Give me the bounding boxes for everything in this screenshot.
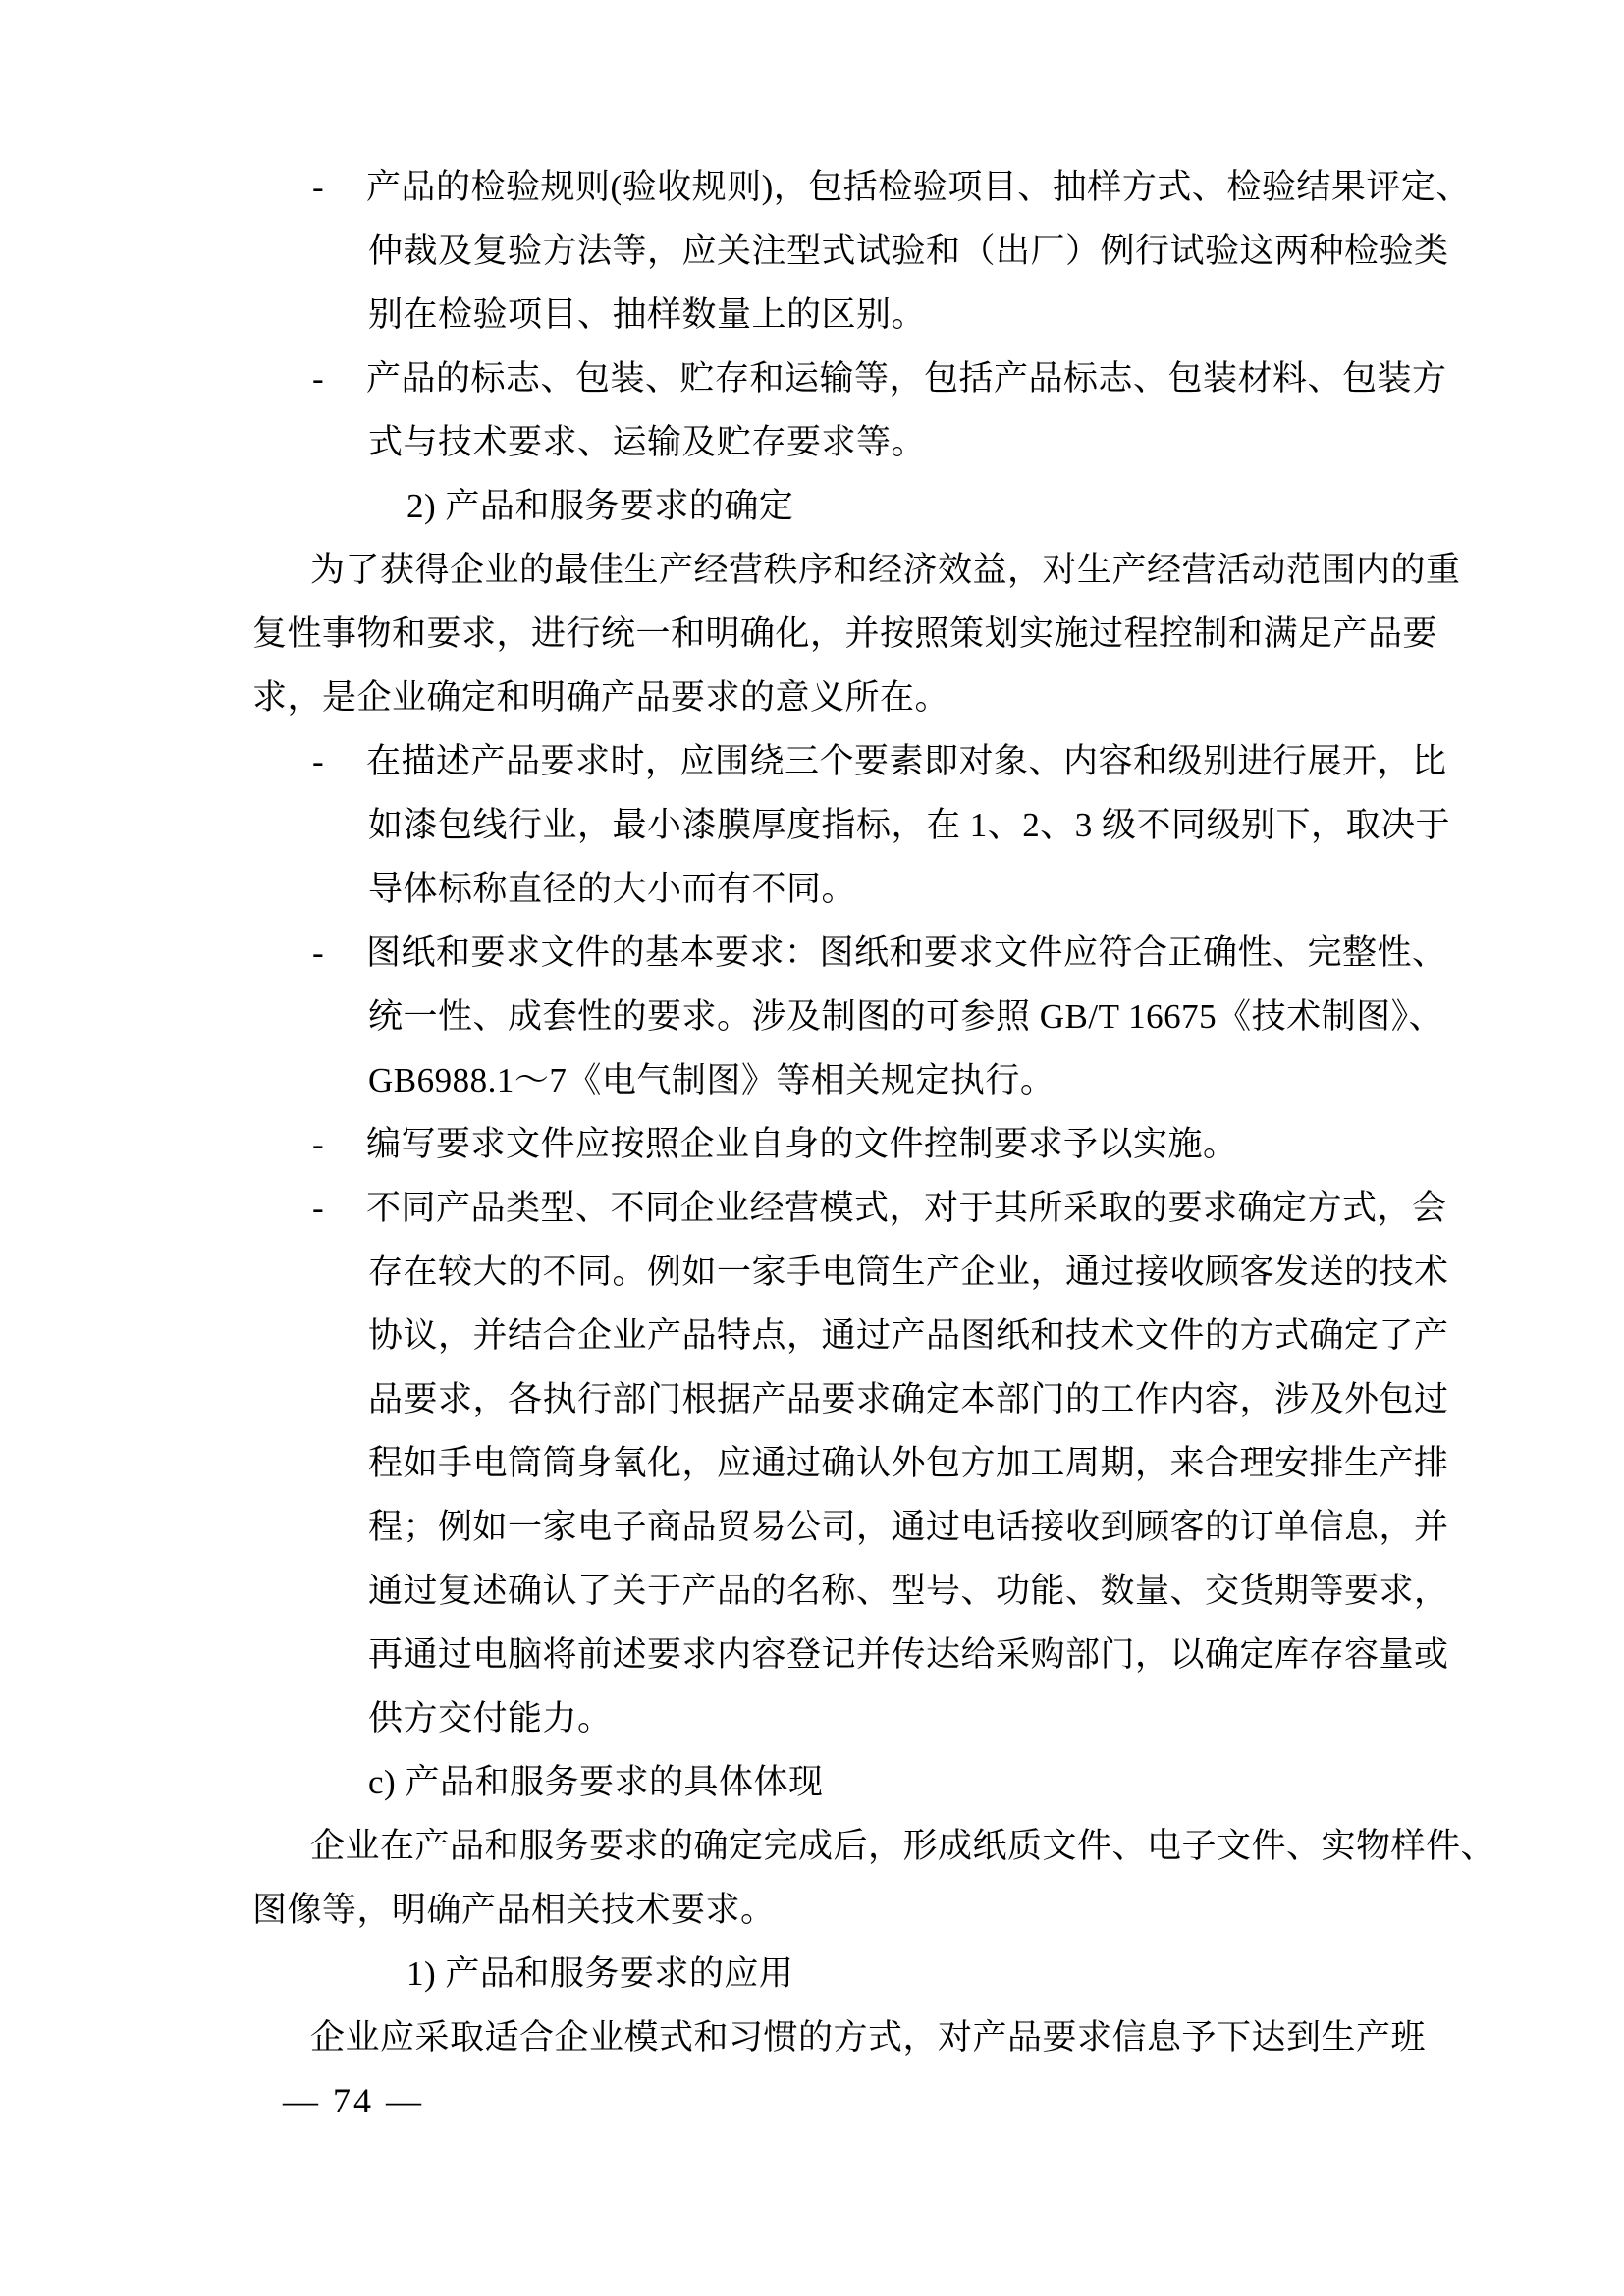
text-line: 通过复述确认了关于产品的名称、型号、功能、数量、交货期等要求， bbox=[0, 1559, 1624, 1623]
text-line: 式与技术要求、运输及贮存要求等。 bbox=[0, 410, 1624, 474]
text-line-content: 不同产品类型、不同企业经营模式，对于其所采取的要求确定方式，会 bbox=[366, 1189, 1447, 1227]
document-page: -产品的检验规则(验收规则)，包括检验项目、抽样方式、检验结果评定、 仲裁及复验… bbox=[0, 0, 1624, 2296]
text-line-content: 图纸和要求文件的基本要求：图纸和要求文件应符合正确性、完整性、 bbox=[366, 934, 1447, 972]
text-line: 品要求，各执行部门根据产品要求确定本部门的工作内容，涉及外包过 bbox=[0, 1367, 1624, 1431]
text-line: 存在较大的不同。例如一家手电筒生产企业，通过接收顾客发送的技术 bbox=[0, 1240, 1624, 1304]
bullet-dash: - bbox=[312, 1112, 324, 1176]
section-heading: 2) 产品和服务要求的确定 bbox=[0, 474, 1624, 538]
text-line: -产品的检验规则(验收规则)，包括检验项目、抽样方式、检验结果评定、 bbox=[0, 155, 1624, 219]
text-line: -产品的标志、包装、贮存和运输等，包括产品标志、包装材料、包装方 bbox=[0, 347, 1624, 410]
text-line: 程；例如一家电子商品贸易公司，通过电话接收到顾客的订单信息，并 bbox=[0, 1495, 1624, 1559]
text-line: -编写要求文件应按照企业自身的文件控制要求予以实施。 bbox=[0, 1112, 1624, 1176]
bullet-dash: - bbox=[312, 729, 324, 793]
text-line: 协议，并结合企业产品特点，通过产品图纸和技术文件的方式确定了产 bbox=[0, 1304, 1624, 1367]
text-line: 供方交付能力。 bbox=[0, 1686, 1624, 1750]
bullet-dash: - bbox=[312, 921, 324, 985]
text-line: 别在检验项目、抽样数量上的区别。 bbox=[0, 283, 1624, 347]
text-line-content: 产品的检验规则(验收规则)，包括检验项目、抽样方式、检验结果评定、 bbox=[366, 168, 1471, 206]
text-line: GB6988.1～7《电气制图》等相关规定执行。 bbox=[0, 1048, 1624, 1112]
bullet-dash: - bbox=[312, 347, 324, 410]
text-line: 仲裁及复验方法等，应关注型式试验和（出厂）例行试验这两种检验类 bbox=[0, 219, 1624, 283]
text-line-content: 在描述产品要求时，应围绕三个要素即对象、内容和级别进行展开，比 bbox=[366, 742, 1447, 780]
text-line: 企业在产品和服务要求的确定完成后，形成纸质文件、电子文件、实物样件、 bbox=[0, 1814, 1624, 1878]
bullet-dash: - bbox=[312, 155, 324, 219]
text-line: -在描述产品要求时，应围绕三个要素即对象、内容和级别进行展开，比 bbox=[0, 729, 1624, 793]
text-line: 程如手电筒筒身氧化，应通过确认外包方加工周期，来合理安排生产排 bbox=[0, 1431, 1624, 1495]
text-line: 求，是企业确定和明确产品要求的意义所在。 bbox=[0, 666, 1624, 729]
page-number: — 74 — bbox=[283, 2069, 424, 2133]
document-body: -产品的检验规则(验收规则)，包括检验项目、抽样方式、检验结果评定、 仲裁及复验… bbox=[0, 155, 1624, 2069]
text-line-content: 编写要求文件应按照企业自身的文件控制要求予以实施。 bbox=[366, 1125, 1238, 1163]
text-line: 为了获得企业的最佳生产经营秩序和经济效益，对生产经营活动范围内的重 bbox=[0, 538, 1624, 602]
text-line: 再通过电脑将前述要求内容登记并传达给采购部门，以确定库存容量或 bbox=[0, 1623, 1624, 1686]
text-line: -不同产品类型、不同企业经营模式，对于其所采取的要求确定方式，会 bbox=[0, 1176, 1624, 1240]
section-heading: c) 产品和服务要求的具体体现 bbox=[0, 1750, 1624, 1814]
text-line-content: 产品的标志、包装、贮存和运输等，包括产品标志、包装材料、包装方 bbox=[366, 359, 1447, 398]
section-heading: 1) 产品和服务要求的应用 bbox=[0, 1942, 1624, 2005]
text-line: -图纸和要求文件的基本要求：图纸和要求文件应符合正确性、完整性、 bbox=[0, 921, 1624, 985]
text-line: 如漆包线行业，最小漆膜厚度指标，在 1、2、3 级不同级别下，取决于 bbox=[0, 793, 1624, 857]
bullet-dash: - bbox=[312, 1176, 324, 1240]
text-line: 图像等，明确产品相关技术要求。 bbox=[0, 1878, 1624, 1942]
text-line: 复性事物和要求，进行统一和明确化，并按照策划实施过程控制和满足产品要 bbox=[0, 602, 1624, 666]
text-line: 企业应采取适合企业模式和习惯的方式，对产品要求信息予下达到生产班 bbox=[0, 2005, 1624, 2069]
text-line: 导体标称直径的大小而有不同。 bbox=[0, 857, 1624, 921]
text-line: 统一性、成套性的要求。涉及制图的可参照 GB/T 16675《技术制图》、 bbox=[0, 985, 1624, 1048]
